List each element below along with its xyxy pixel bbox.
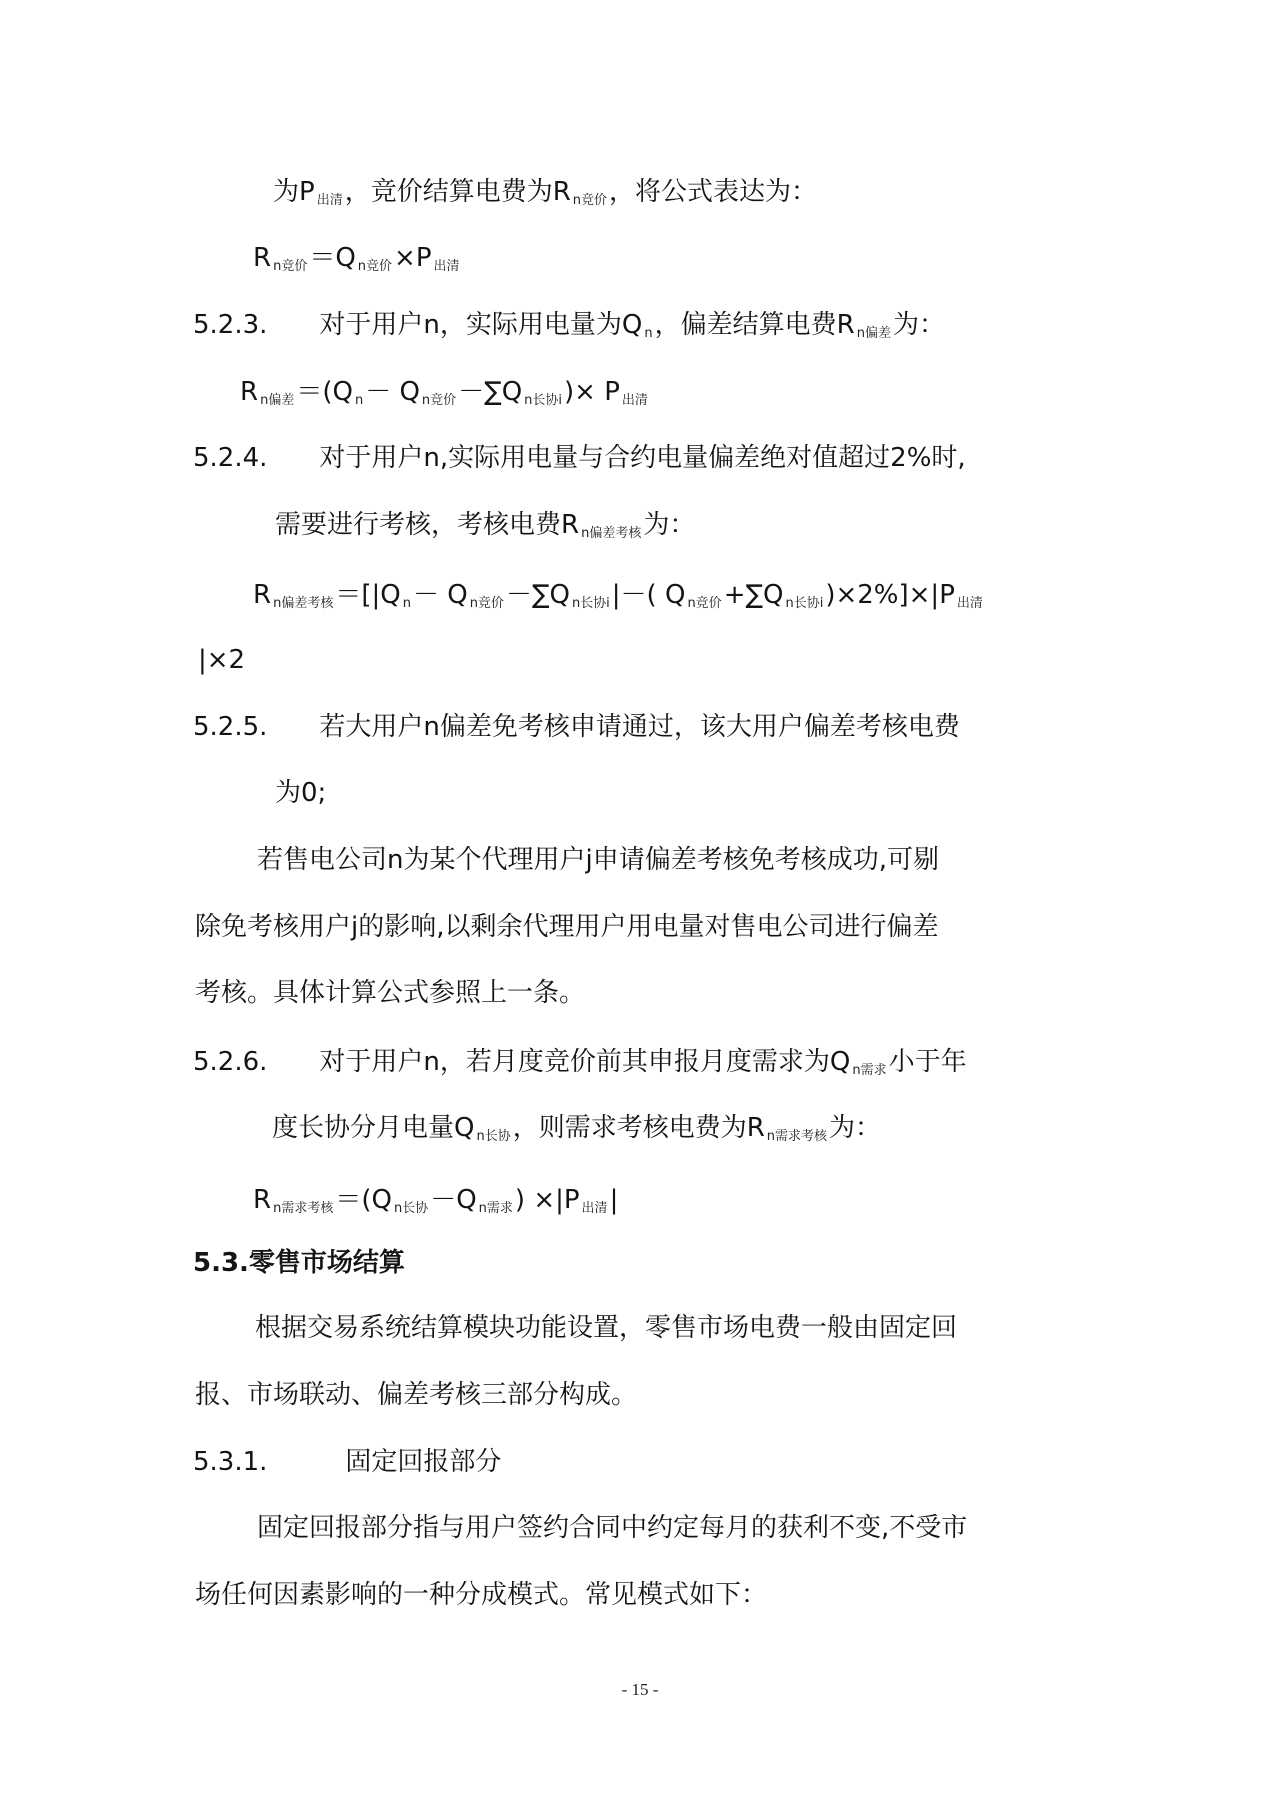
text-line: 除免考核用户j的影响,以剩余代理用户用电量对售电公司进行偏差 xyxy=(195,910,939,944)
text-line: 固定回报部分指与用户签约合同中约定每月的获利不变,不受市 xyxy=(257,1511,967,1545)
text-line: 报、市场联动、偏差考核三部分构成。 xyxy=(195,1378,637,1412)
text-run: R xyxy=(240,377,258,407)
text-line: 根据交易系统结算模块功能设置，零售市场电费一般由固定回 xyxy=(255,1311,957,1345)
page-number: - 15 - xyxy=(600,1680,680,1700)
subscript: n xyxy=(644,326,652,341)
text-run: ) ×|P xyxy=(515,1185,580,1215)
text-line: Rn竞价＝Qn竞价×P出清 xyxy=(253,241,462,275)
subscript: n需求 xyxy=(852,1063,886,1078)
subscript: n偏差考核 xyxy=(273,596,333,611)
subscript: n竞价 xyxy=(573,193,607,208)
text-run: ×P xyxy=(394,243,431,273)
text-run: 为P xyxy=(273,177,315,207)
text-line: 度长协分月电量Qn长协，则需求考核电费为Rn需求考核为： xyxy=(272,1111,881,1145)
text-run: 5.3.零售市场结算 xyxy=(193,1248,405,1278)
text-run: )× P xyxy=(564,377,620,407)
text-run: 5.2.5. 若大用户n偏差免考核申请通过，该大用户偏差考核电费 xyxy=(193,712,960,742)
text-run: 为： xyxy=(829,1113,881,1143)
subscript: 出清 xyxy=(582,1201,608,1216)
subscript: n长协i xyxy=(785,596,823,611)
text-run: R xyxy=(253,580,271,610)
subscript: n长协 xyxy=(476,1129,510,1144)
text-run: － Q xyxy=(365,377,420,407)
text-line: 若售电公司n为某个代理用户j申请偏差考核免考核成功,可剔 xyxy=(257,843,939,877)
text-run: ＝(Q xyxy=(335,1185,392,1215)
subscript: n偏差 xyxy=(260,393,294,408)
text-line: Rn偏差考核＝[|Qn－ Qn竞价－∑Qn长协i|－( Qn竞价+∑Qn长协i)… xyxy=(253,578,985,612)
text-run: 为： xyxy=(643,510,695,540)
subscript: 出清 xyxy=(957,596,983,611)
text-run: 小于年 xyxy=(889,1047,967,1077)
text-run: ＝(Q xyxy=(296,377,353,407)
text-run: |×2 xyxy=(198,645,245,675)
subscript: n竞价 xyxy=(358,259,392,274)
text-run: －∑Q xyxy=(506,580,570,610)
text-run: 若售电公司n为某个代理用户j申请偏差考核免考核成功,可剔 xyxy=(257,845,939,875)
text-line: 场任何因素影响的一种分成模式。常见模式如下： xyxy=(195,1578,767,1612)
text-line: Rn偏差＝(Qn－ Qn竞价－∑Qn长协i)× P出清 xyxy=(240,375,650,409)
text-run: 为： xyxy=(893,310,945,340)
text-line: 需要进行考核，考核电费Rn偏差考核为： xyxy=(275,508,695,542)
text-run: ＝[|Q xyxy=(335,580,400,610)
text-run: 场任何因素影响的一种分成模式。常见模式如下： xyxy=(195,1580,767,1610)
text-line: 5.2.6. 对于用户n，若月度竞价前其申报月度需求为Qn需求小于年 xyxy=(193,1045,967,1079)
subscript: n xyxy=(355,393,363,408)
text-run: ＝Q xyxy=(309,243,355,273)
subscript: n竞价 xyxy=(687,596,721,611)
text-run: ，偏差结算电费R xyxy=(655,310,855,340)
subscript: n长协i xyxy=(572,596,610,611)
text-run: R xyxy=(253,1185,271,1215)
subscript: n偏差 xyxy=(857,326,891,341)
subscript: n竞价 xyxy=(422,393,456,408)
text-line: 为P出清，竞价结算电费为Rn竞价，将公式表达为： xyxy=(273,175,817,209)
text-run: )×2%]×|P xyxy=(825,580,955,610)
subscript: n偏差考核 xyxy=(581,526,641,541)
text-line: Rn需求考核＝(Qn长协－Qn需求) ×|P出清| xyxy=(253,1183,618,1217)
text-run: 5.3.1. 固定回报部分 xyxy=(193,1447,501,1477)
text-line: 5.2.3. 对于用户n，实际用电量为Qn，偏差结算电费Rn偏差为： xyxy=(193,308,945,342)
text-run: +∑Q xyxy=(724,580,784,610)
text-run: ，将公式表达为： xyxy=(609,177,817,207)
text-line: 5.3.1. 固定回报部分 xyxy=(193,1445,501,1479)
text-run: 报、市场联动、偏差考核三部分构成。 xyxy=(195,1380,637,1410)
text-run: ，则需求考核电费为R xyxy=(513,1113,765,1143)
text-run: 固定回报部分指与用户签约合同中约定每月的获利不变,不受市 xyxy=(257,1513,967,1543)
text-run: 5.2.6. 对于用户n，若月度竞价前其申报月度需求为Q xyxy=(193,1047,850,1077)
text-run: 为0; xyxy=(275,778,326,808)
subscript: n需求 xyxy=(479,1201,513,1216)
subscript: 出清 xyxy=(317,193,343,208)
text-line: 5.2.5. 若大用户n偏差免考核申请通过，该大用户偏差考核电费 xyxy=(193,710,960,744)
subscript: n竞价 xyxy=(273,259,307,274)
text-line: 考核。具体计算公式参照上一条。 xyxy=(195,976,585,1010)
subscript: 出清 xyxy=(622,393,648,408)
text-line: 5.2.4. 对于用户n,实际用电量与合约电量偏差绝对值超过2%时, xyxy=(193,441,966,475)
text-run: 5.2.3. 对于用户n，实际用电量为Q xyxy=(193,310,642,340)
section-heading: 5.3.零售市场结算 xyxy=(193,1246,405,1280)
text-run: R xyxy=(253,243,271,273)
text-run: －Q xyxy=(430,1185,476,1215)
text-run: 度长协分月电量Q xyxy=(272,1113,474,1143)
subscript: n需求考核 xyxy=(273,1201,333,1216)
text-run: 除免考核用户j的影响,以剩余代理用户用电量对售电公司进行偏差 xyxy=(195,912,939,942)
subscript: n xyxy=(403,596,411,611)
text-run: － Q xyxy=(413,580,468,610)
text-run: 考核。具体计算公式参照上一条。 xyxy=(195,978,585,1008)
subscript: n竞价 xyxy=(470,596,504,611)
text-run: |－( Q xyxy=(612,580,686,610)
text-run: ，竞价结算电费为R xyxy=(345,177,571,207)
subscript: n需求考核 xyxy=(767,1129,827,1144)
text-run: 根据交易系统结算模块功能设置，零售市场电费一般由固定回 xyxy=(255,1313,957,1343)
text-run: －∑Q xyxy=(458,377,522,407)
subscript: n长协 xyxy=(394,1201,428,1216)
text-run: 5.2.4. 对于用户n,实际用电量与合约电量偏差绝对值超过2%时, xyxy=(193,443,966,473)
text-line: 为0; xyxy=(275,776,326,810)
subscript: 出清 xyxy=(434,259,460,274)
subscript: n长协i xyxy=(524,393,562,408)
text-run: 需要进行考核，考核电费R xyxy=(275,510,579,540)
text-line: |×2 xyxy=(198,643,245,677)
text-run: | xyxy=(610,1185,619,1215)
